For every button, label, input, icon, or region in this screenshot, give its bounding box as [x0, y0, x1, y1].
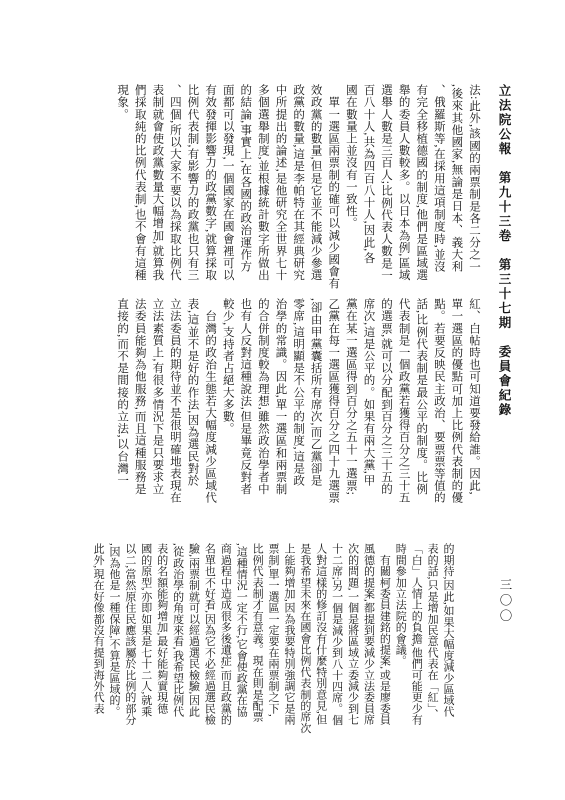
text-column: 黨在某一選區得到百分之五十一選票; — [341, 298, 359, 516]
text-column: 立法委員的期待並不是很明確地表現在 — [165, 298, 183, 516]
text-column: 時間參加立法院的會議。 — [391, 543, 407, 733]
text-column: 百八十人,共為四百八十人,因此,各 — [359, 84, 377, 297]
text-column: 國在數量上並沒有一致性。 — [341, 84, 359, 297]
text-column: 、四個,所以大家不要以為採取比例代 — [165, 84, 183, 297]
text-column: 商過程中造成很多後遺症,而且政黨的 — [216, 543, 232, 733]
text-register-middle: 紅、白帖時也可知道要發給誰。因此,單一選區的優點可加上比例代表制的優點。若要反映… — [110, 298, 482, 516]
text-column: 也有人反對這種說法,但是畢竟反對者 — [236, 298, 254, 516]
text-column: 選舉人數是三百人;比例代表人數是一 — [376, 84, 394, 297]
text-column: 表,這並不是好的作法,因為選民對於 — [183, 298, 201, 516]
text-column: 面都可以發現,一個國家在國會裡可以 — [218, 84, 236, 297]
text-column: 的期待,因此,如果大幅度減少區域代 — [439, 543, 455, 733]
text-column: 話,比例代表制是最公平的制度。比例 — [412, 298, 430, 516]
text-register-bottom: 的期待,因此,如果大幅度減少區域代表的話,只是增加民意代表在「紅」、「白」人情上… — [87, 543, 455, 733]
text-column: 效政黨的數量,但是它並不能減少參選 — [306, 84, 324, 297]
text-column: 名單也不好看,因為它不必經過選民檢 — [201, 543, 217, 733]
text-column: 次的問題,一個是將區域立委減少到七 — [344, 543, 360, 733]
text-column: 驗,兩票制就可以經過選民檢驗,因此 — [185, 543, 201, 733]
text-column: 單一選區的優點可加上比例代表制的優 — [447, 298, 465, 516]
text-column: 較少,支持者占絕大多數。 — [218, 298, 236, 516]
text-column: 舉的委員人數較多。以日本為例,區域 — [394, 84, 412, 297]
text-column: 有完全移植德國的制度,他們是區域選 — [412, 84, 430, 297]
text-column: 票制,單一選區一定要在兩票制之下, — [264, 543, 280, 733]
gazette-scanned-page: 立法院公報 第九十三卷 第三十七期 委員會紀錄 三〇〇 法:此外,該國的兩票制是… — [0, 0, 565, 800]
text-column: 的合併制度較為理想,雖然政治學者中 — [253, 298, 271, 516]
text-column: 們採取純的比例代表制,也不會有這種 — [130, 84, 148, 297]
text-column: 表的名額能夠增加,最好能夠實現德 — [153, 543, 169, 733]
text-column: 法:此外,該國的兩票制是各二分之一 — [464, 84, 482, 297]
text-column: 的選票,就可以分配到百分之三十五的 — [376, 298, 394, 516]
text-column: 席次,這是公平的。如果有兩大黨,甲 — [359, 298, 377, 516]
text-column: ,卻由甲黨囊括所有席次,而乙黨卻是 — [306, 298, 324, 516]
text-column: 台灣的政治生態若大幅度減少區域代 — [201, 298, 219, 516]
text-column: 治學的常識。因此,單一選區和兩票制 — [271, 298, 289, 516]
text-column: 以二,當然原住民應該屬於比例的部分 — [121, 543, 137, 733]
text-column: 直接的,而不是間接的立法,以台灣一 — [113, 298, 131, 516]
text-column: 此外,現在好像都沒有提到海外代表 — [89, 543, 105, 733]
text-column: 現象。 — [113, 84, 131, 297]
text-column: 表的話,只是增加民意代表在「紅」、 — [423, 543, 439, 733]
text-register-top: 法:此外,該國的兩票制是各二分之一,後來其他國家,無論是日本、義大利、俄羅斯等,… — [110, 84, 482, 297]
text-column: 比例代表制才有意義。現在則是配票 — [248, 543, 264, 733]
text-column: 有效發揮影響力的政黨數字,就算採取 — [201, 84, 219, 297]
text-column: 的結論,事實上,在各國的政治運作方 — [236, 84, 254, 297]
text-column: 表制就會使政黨數量大幅增加,就算我 — [148, 84, 166, 297]
text-column: ,後來其他國家,無論是日本、義大利 — [447, 84, 465, 297]
page-number: 三〇〇 — [496, 578, 514, 668]
text-column: 單一選區兩票制的確可以減少國會有 — [324, 84, 342, 297]
text-column: 人對這樣的修訂沒有什麼特別意見,但 — [312, 543, 328, 733]
text-column: 十二席;另一個是減少到八十四席。個 — [328, 543, 344, 733]
text-column: 風德的提案,都提到要減少立法委員席 — [360, 543, 376, 733]
text-column: 政黨的數量,這是李帕特在其經典研究 — [288, 84, 306, 297]
text-column: 立法素質上,有很多情況下是只要求立 — [148, 298, 166, 516]
text-column: ,從政治學的角度來看,我希望比例代 — [169, 543, 185, 733]
gazette-running-title: 立法院公報 第九十三卷 第三十七期 委員會紀錄 — [495, 84, 513, 564]
text-column: 零席,這明顯是不公平的制度,這是政 — [288, 298, 306, 516]
text-column: 點。若要反映民主政治、要票票等值的 — [429, 298, 447, 516]
text-column: 乙黨在每一選區獲得百分之四十九選票 — [324, 298, 342, 516]
text-column: 是我希望未來在國會比例代表制的席次 — [296, 543, 312, 733]
text-column: 法委員能夠為他服務,而且這種服務是 — [130, 298, 148, 516]
text-column: ,這種情況一定不行,它會使政黨在協 — [232, 543, 248, 733]
text-column: 多個選舉制度,並根據統計數字所做出 — [253, 84, 271, 297]
text-column: 比例代表制,有影響力的政黨也只有三 — [183, 84, 201, 297]
text-column: 、俄羅斯等,在採用這項制度時,並沒 — [429, 84, 447, 297]
text-column: 有關柯委員建銘的提案,或是廖委員 — [375, 543, 391, 733]
text-column: 代表制是一個政黨若獲得百分之三十五 — [394, 298, 412, 516]
text-column: 紅、白帖時也可知道要發給誰。因此, — [464, 298, 482, 516]
text-column: ,因為他是一種保障,不算是區域的。 — [105, 543, 121, 733]
text-column: 中所提出的論述,是他研究全世界七十 — [271, 84, 289, 297]
text-column: 「白」人情上的負擔,他們可能更少有 — [407, 543, 423, 733]
text-column: 國的原型,亦即如果是七十二人,就乘 — [137, 543, 153, 733]
text-column: 上能夠增加,因為我要特別強調它是兩 — [280, 543, 296, 733]
